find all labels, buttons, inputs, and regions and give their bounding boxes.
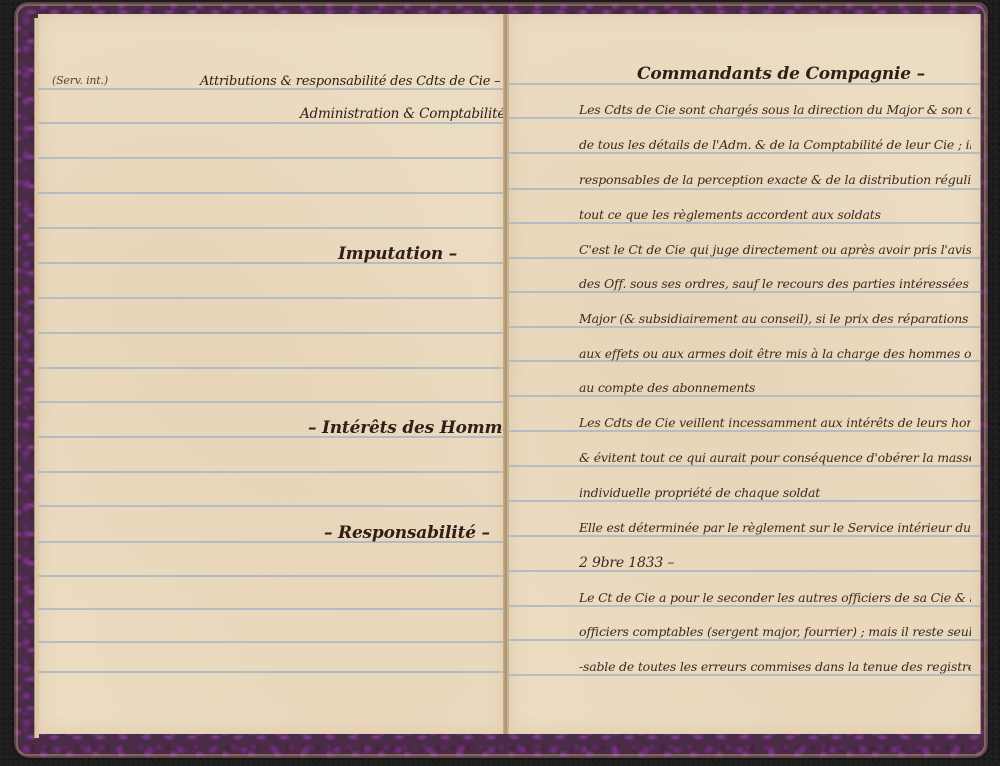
text-line: tout ce que les règlements accordent aux… <box>579 207 971 222</box>
rule-line <box>38 122 506 124</box>
heading-imputation: Imputation – <box>338 244 457 264</box>
rule-line <box>38 575 506 577</box>
rule-line <box>509 639 980 641</box>
rule-line <box>509 326 980 328</box>
rule-line <box>509 257 980 259</box>
rule-line <box>38 192 506 194</box>
text-line: individuelle propriété de chaque soldat <box>579 485 971 500</box>
text-line: Les Cdts de Cie veillent incessamment au… <box>579 415 971 430</box>
section-title-line1: Attributions & responsabilité des Cdts d… <box>200 74 500 89</box>
text-line: C'est le Ct de Cie qui juge directement … <box>579 242 971 257</box>
text-line: Elle est déterminée par le règlement sur… <box>579 520 971 535</box>
text-line: Major (& subsidiairement au conseil), si… <box>579 311 971 326</box>
rule-line <box>509 152 980 154</box>
rule-line <box>38 641 506 643</box>
rule-line <box>509 465 980 467</box>
text-line: Les Cdts de Cie sont chargés sous la dir… <box>579 102 971 117</box>
rule-line <box>509 188 980 190</box>
rule-line <box>38 227 506 229</box>
rule-line <box>38 471 506 473</box>
margin-note: (Serv. int.) <box>52 74 108 87</box>
text-line: -sable de toutes les erreurs commises da… <box>579 659 971 674</box>
text-line: responsables de la perception exacte & d… <box>579 172 971 187</box>
rule-line <box>509 117 980 119</box>
rule-line <box>38 608 506 610</box>
section-title-line2: Administration & Comptabilité <box>300 106 505 122</box>
right-page: Commandants de Compagnie – Les Cdts de C… <box>507 14 981 734</box>
text-line: & évitent tout ce qui aurait pour conséq… <box>579 450 971 465</box>
rule-line <box>38 671 506 673</box>
rule-line <box>38 157 506 159</box>
text-line: de tous les détails de l'Adm. & de la Co… <box>579 137 971 152</box>
rule-line <box>38 367 506 369</box>
rule-line <box>38 297 506 299</box>
rule-line <box>509 222 980 224</box>
heading-responsabilite: – Responsabilité – <box>324 523 490 543</box>
rule-line <box>38 332 506 334</box>
rule-line <box>509 535 980 537</box>
rule-line <box>509 500 980 502</box>
rule-line <box>38 401 506 403</box>
text-line: des Off. sous ses ordres, sauf le recour… <box>579 276 971 291</box>
text-line: Le Ct de Cie a pour le seconder les autr… <box>579 590 971 605</box>
rule-line <box>509 605 980 607</box>
text-line: officiers comptables (sergent major, fou… <box>579 624 971 639</box>
page-title: Commandants de Compagnie – <box>637 64 925 84</box>
rule-line <box>38 505 506 507</box>
text-line: au compte des abonnements <box>579 380 971 395</box>
rule-line <box>509 291 980 293</box>
rule-line <box>509 430 980 432</box>
left-page: (Serv. int.) Attributions & responsabili… <box>38 14 507 734</box>
rule-line <box>509 395 980 397</box>
text-line: 2 9bre 1833 – <box>579 555 971 571</box>
text-line: aux effets ou aux armes doit être mis à … <box>579 346 971 361</box>
rule-line <box>509 674 980 676</box>
